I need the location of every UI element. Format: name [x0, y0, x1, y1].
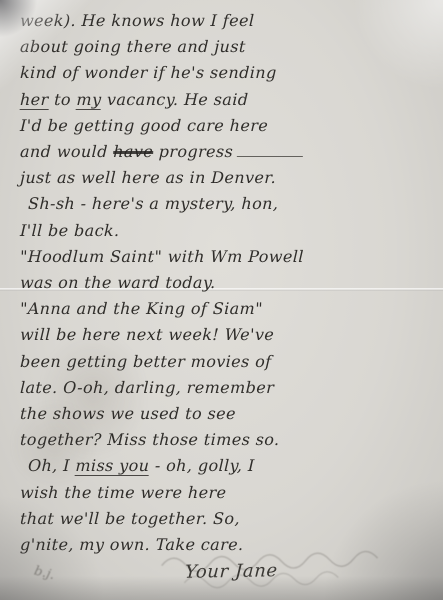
- letter-line: just as well here as in Denver.: [20, 165, 429, 191]
- letter-text: my: [76, 90, 102, 110]
- letter-lines: week). He knows how I feelabout going th…: [20, 8, 428, 558]
- letter-line: "Anna and the King of Siam": [20, 296, 429, 322]
- letter-line: about going there and just: [20, 34, 429, 60]
- letter-line: "Hoodlum Saint" with Wm Powell: [20, 244, 429, 270]
- letter-text: I'd be getting good care here: [20, 116, 269, 135]
- letter-text: wish the time were here: [20, 483, 227, 502]
- letter-text: to: [48, 90, 77, 109]
- letter-line: and would have progress: [20, 139, 429, 165]
- letter-text: g'nite, my own. Take care.: [20, 535, 244, 554]
- letter-line: the shows we used to see: [20, 401, 429, 427]
- letter-text: the shows we used to see: [20, 404, 237, 423]
- letter-text: have: [113, 142, 154, 161]
- letter-text: vacancy. He said: [101, 90, 249, 109]
- letter-text: will be here next week! We've: [20, 325, 275, 344]
- letter-line: I'll be back.: [20, 218, 429, 244]
- letter-text: week). He knows how I feel: [20, 11, 255, 30]
- letter-page: week). He knows how I feelabout going th…: [0, 0, 443, 600]
- letter-text: "Hoodlum Saint" with Wm Powell: [20, 247, 304, 266]
- letter-line: kind of wonder if he's sending: [20, 60, 429, 86]
- letter-line: Sh-sh - here's a mystery, hon,: [20, 191, 429, 217]
- letter-text: progress: [153, 142, 234, 161]
- letter-text: been getting better movies of: [20, 352, 272, 371]
- pen-stroke: [237, 140, 304, 157]
- letter-text: late. O-oh, darling, remember: [20, 378, 275, 397]
- letter-line: her to my vacancy. He said: [20, 87, 429, 113]
- letter-text: "Anna and the King of Siam": [20, 299, 264, 318]
- letter-line: was on the ward today.: [20, 270, 429, 296]
- letter-text: I'll be back.: [20, 221, 120, 240]
- letter-text: about going there and just: [20, 37, 246, 56]
- letter-line: week). He knows how I feel: [20, 8, 429, 34]
- letter-line: that we'll be together. So,: [20, 506, 429, 532]
- letter-line: late. O-oh, darling, remember: [20, 375, 429, 401]
- signature: Your Jane: [184, 560, 278, 583]
- ink-bleedthrough-initials: b.j.: [32, 564, 56, 584]
- letter-text: was on the ward today.: [20, 273, 216, 292]
- letter-text: and would: [20, 142, 114, 161]
- letter-line: together? Miss those times so.: [20, 427, 429, 453]
- letter-text: miss you: [75, 456, 150, 476]
- letter-text: - oh, golly, I: [149, 456, 255, 475]
- letter-line: will be here next week! We've: [20, 322, 429, 348]
- letter-text: her: [20, 90, 49, 110]
- letter-line: Oh, I miss you - oh, golly, I: [20, 453, 429, 479]
- letter-line: g'nite, my own. Take care.: [20, 532, 429, 558]
- letter-text: Sh-sh - here's a mystery, hon,: [28, 194, 279, 213]
- letter-text: just as well here as in Denver.: [20, 168, 277, 187]
- letter-text: Oh, I: [28, 456, 76, 475]
- letter-text: that we'll be together. So,: [20, 509, 241, 528]
- letter-line: I'd be getting good care here: [20, 113, 429, 139]
- letter-text: together? Miss those times so.: [20, 430, 280, 449]
- letter-line: wish the time were here: [20, 480, 429, 506]
- letter-text: kind of wonder if he's sending: [20, 63, 277, 82]
- letter-line: been getting better movies of: [20, 349, 429, 375]
